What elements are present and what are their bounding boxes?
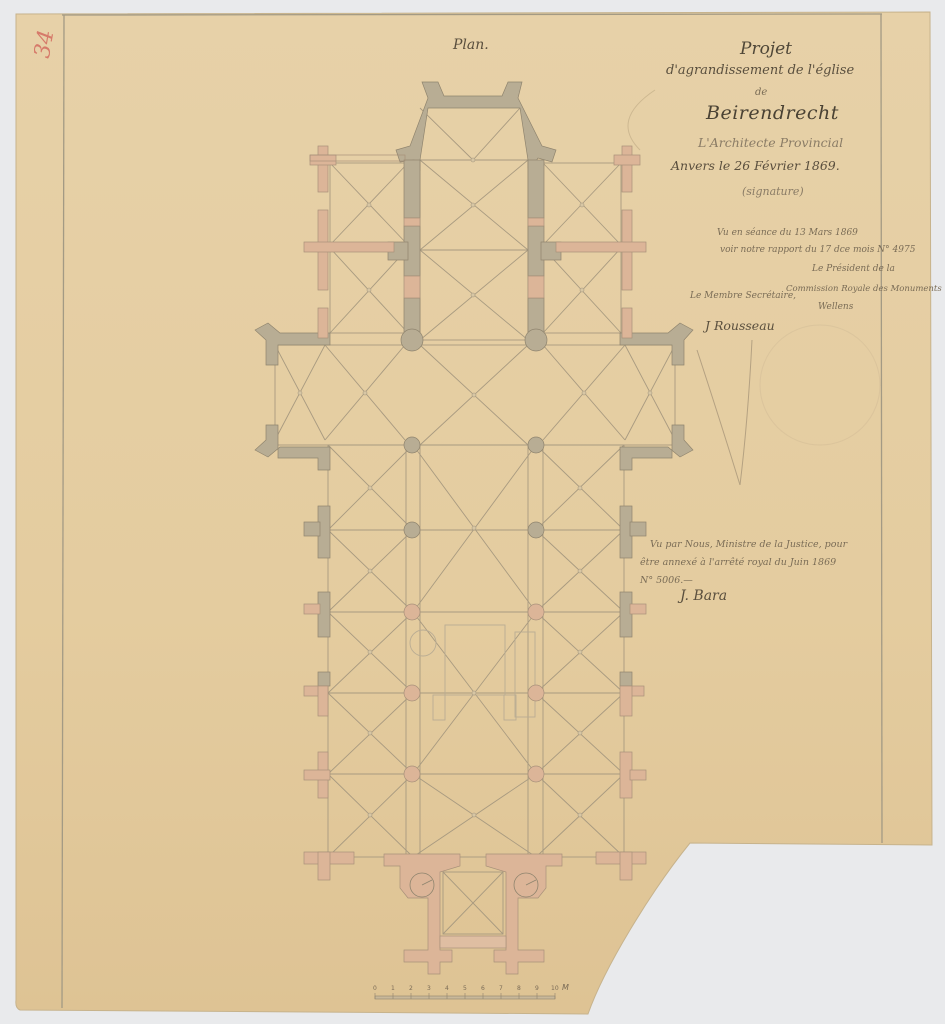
scale-tick-3: 3 <box>427 985 431 992</box>
ministry-line-3: N° 5006.— <box>640 576 693 586</box>
commission-line-4: Commission Royale des Monuments <box>786 285 942 294</box>
scale-tick-9: 9 <box>535 985 539 992</box>
scale-tick-1: 1 <box>391 985 395 992</box>
scale-tick-2: 2 <box>409 985 413 992</box>
title-line-6: Anvers le 26 Février 1869. <box>671 160 840 173</box>
title-signature: (signature) <box>742 186 804 197</box>
scale-unit: M <box>562 983 569 992</box>
commission-line-2: voir notre rapport du 17 dce mois N° 497… <box>720 246 915 255</box>
commission-line-1: Vu en séance du 13 Mars 1869 <box>717 229 858 238</box>
ministry-signature: J. Bara <box>680 589 727 603</box>
scale-tick-4: 4 <box>445 985 449 992</box>
secretary-label: Le Membre Secrétaire, <box>690 292 796 301</box>
secretary-signature: J Rousseau <box>705 320 775 333</box>
title-line-3: de <box>755 88 767 98</box>
title-line-4: Beirendrecht <box>706 104 839 123</box>
scale-tick-5: 5 <box>463 985 467 992</box>
scale-tick-6: 6 <box>481 985 485 992</box>
ministry-line-2: être annexé à l'arrêté royal du Juin 186… <box>640 558 836 568</box>
ministry-line-1: Vu par Nous, Ministre de la Justice, pou… <box>650 540 847 550</box>
title-line-2: d'agrandissement de l'église <box>666 64 854 77</box>
scale-tick-10: 10 <box>551 985 559 992</box>
plan-label: Plan. <box>453 38 489 52</box>
scale-tick-0: 0 <box>373 985 377 992</box>
commission-line-5: Wellens <box>818 303 853 312</box>
title-line-5: L'Architecte Provincial <box>698 137 843 150</box>
drawing-sheet <box>0 0 945 1024</box>
catalog-mark: 34 <box>32 28 59 59</box>
scale-tick-7: 7 <box>499 985 503 992</box>
commission-line-3: Le Président de la <box>812 265 895 274</box>
title-line-1: Projet <box>740 41 792 58</box>
scale-tick-8: 8 <box>517 985 521 992</box>
